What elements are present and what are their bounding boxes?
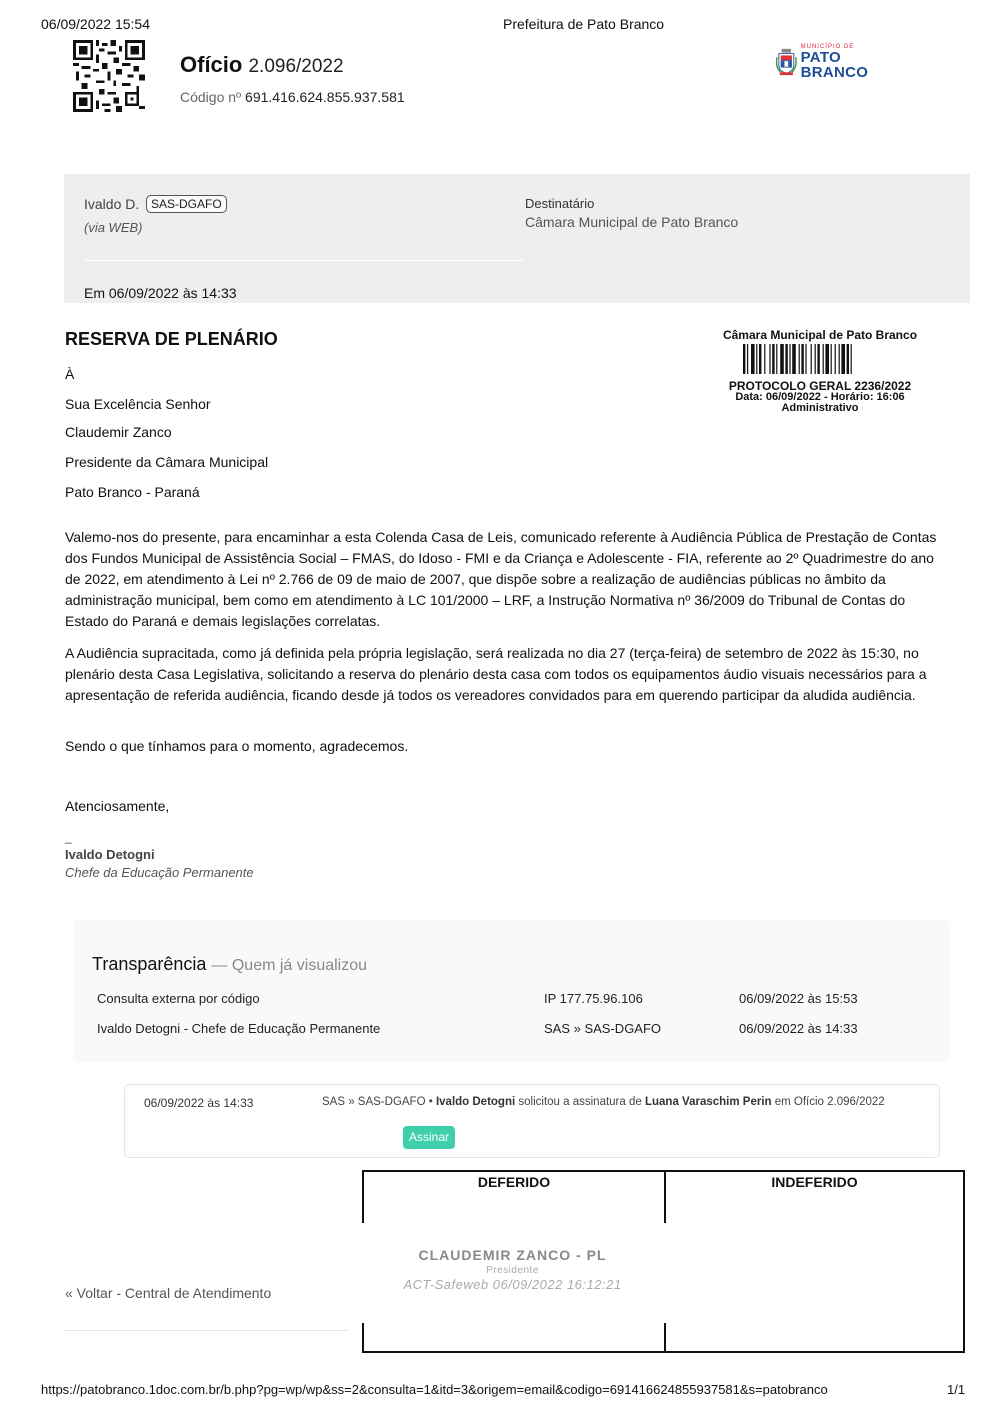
body-paragraph: Valemo-nos do presente, para encaminhar …: [65, 527, 950, 632]
print-url: https://patobranco.1doc.com.br/b.php?pg=…: [41, 1382, 828, 1397]
activity-actor: Ivaldo Detogni: [436, 1096, 515, 1108]
transparency-subtitle: — Quem já visualizou: [211, 957, 367, 974]
view-who: Consulta externa por código: [97, 991, 260, 1006]
subject-heading: RESERVA DE PLENÁRIO: [65, 329, 278, 350]
activity-action: solicitou a assinatura de: [518, 1096, 641, 1108]
document-meta-panel: [64, 174, 970, 303]
signer-certificate: ACT-Safeweb 06/09/2022 16:12:21: [365, 1277, 660, 1292]
logo-title: PATO BRANCO: [801, 50, 906, 80]
activity-suffix: em Ofício 2.096/2022: [775, 1096, 885, 1108]
sender-via: (via WEB): [84, 220, 143, 235]
view-when: 06/09/2022 às 15:53: [739, 991, 858, 1006]
decision-border-right: [963, 1170, 965, 1353]
sign-button[interactable]: Assinar: [403, 1126, 455, 1149]
greeting-line: Claudemir Zanco: [65, 424, 172, 440]
meta-divider: [84, 260, 524, 261]
recipient-label: Destinatário: [525, 196, 594, 211]
print-datetime: 06/09/2022 15:54: [41, 16, 150, 32]
protocol-stamp: Câmara Municipal de Pato Branco PROTOCOL…: [715, 329, 925, 414]
barcode-icon: [743, 344, 898, 374]
approved-label: DEFERIDO: [364, 1174, 664, 1190]
document-number: 2.096/2022: [248, 56, 343, 77]
closing: Atenciosamente,: [65, 798, 169, 814]
decision-border-middle: [664, 1323, 666, 1353]
sender-sector-badge: SAS-DGAFO: [146, 195, 227, 213]
activity-sector: SAS » SAS-DGAFO •: [322, 1096, 433, 1108]
document-code-label: Código nº: [180, 89, 241, 105]
print-site-title: Prefeitura de Pato Branco: [503, 16, 664, 32]
stamp-sector: Administrativo: [715, 403, 925, 414]
coat-of-arms-icon: [776, 47, 797, 77]
document-code-value: 691.416.624.855.937.581: [245, 89, 405, 105]
signature-name: Ivaldo Detogni: [65, 847, 155, 862]
footer-divider: [64, 1330, 348, 1331]
municipality-logo: MUNICÍPIO DE PATO BRANCO: [776, 44, 906, 80]
signature-role: Chefe da Educação Permanente: [65, 865, 254, 880]
activity-description: SAS » SAS-DGAFO • Ivaldo Detogni solicit…: [322, 1096, 885, 1108]
digital-signature: CLAUDEMIR ZANCO - PL Presidente ACT-Safe…: [365, 1247, 660, 1292]
decision-border-left: [362, 1323, 364, 1353]
signature-dash: _: [65, 830, 72, 844]
view-when: 06/09/2022 às 14:33: [739, 1021, 858, 1036]
sender-name: Ivaldo D.: [84, 196, 139, 212]
back-to-service-center-link[interactable]: « Voltar - Central de Atendimento: [65, 1285, 271, 1301]
print-page-number: 1/1: [947, 1382, 965, 1397]
document-title: Ofício 2.096/2022: [180, 52, 344, 78]
greeting-line: Presidente da Câmara Municipal: [65, 454, 268, 470]
document-type: Ofício: [180, 52, 242, 77]
stamp-org: Câmara Municipal de Pato Branco: [715, 329, 925, 341]
signer-role: Presidente: [365, 1265, 660, 1276]
greeting-line: Sua Excelência Senhor: [65, 396, 211, 412]
rejected-label: INDEFERIDO: [666, 1174, 963, 1190]
greeting-line: Pato Branco - Paraná: [65, 484, 200, 500]
activity-date: 06/09/2022 às 14:33: [144, 1096, 253, 1110]
view-where: IP 177.75.96.106: [544, 991, 643, 1006]
view-who: Ivaldo Detogni - Chefe de Educação Perma…: [97, 1021, 380, 1036]
qr-code-icon: [72, 40, 146, 112]
recipient-value: Câmara Municipal de Pato Branco: [525, 214, 738, 230]
greeting-line: À: [65, 366, 74, 382]
body-paragraph: A Audiência supracitada, como já definid…: [65, 643, 950, 706]
sent-date: Em 06/09/2022 às 14:33: [84, 285, 237, 301]
view-where: SAS » SAS-DGAFO: [544, 1021, 661, 1036]
transparency-title: Transparência — Quem já visualizou: [92, 954, 367, 975]
signer-name: CLAUDEMIR ZANCO - PL: [365, 1247, 660, 1263]
transparency-heading: Transparência: [92, 954, 206, 974]
document-code: Código nº 691.416.624.855.937.581: [180, 89, 405, 105]
body-paragraph: Sendo o que tínhamos para o momento, agr…: [65, 736, 950, 757]
activity-target: Luana Varaschim Perin: [645, 1096, 772, 1108]
